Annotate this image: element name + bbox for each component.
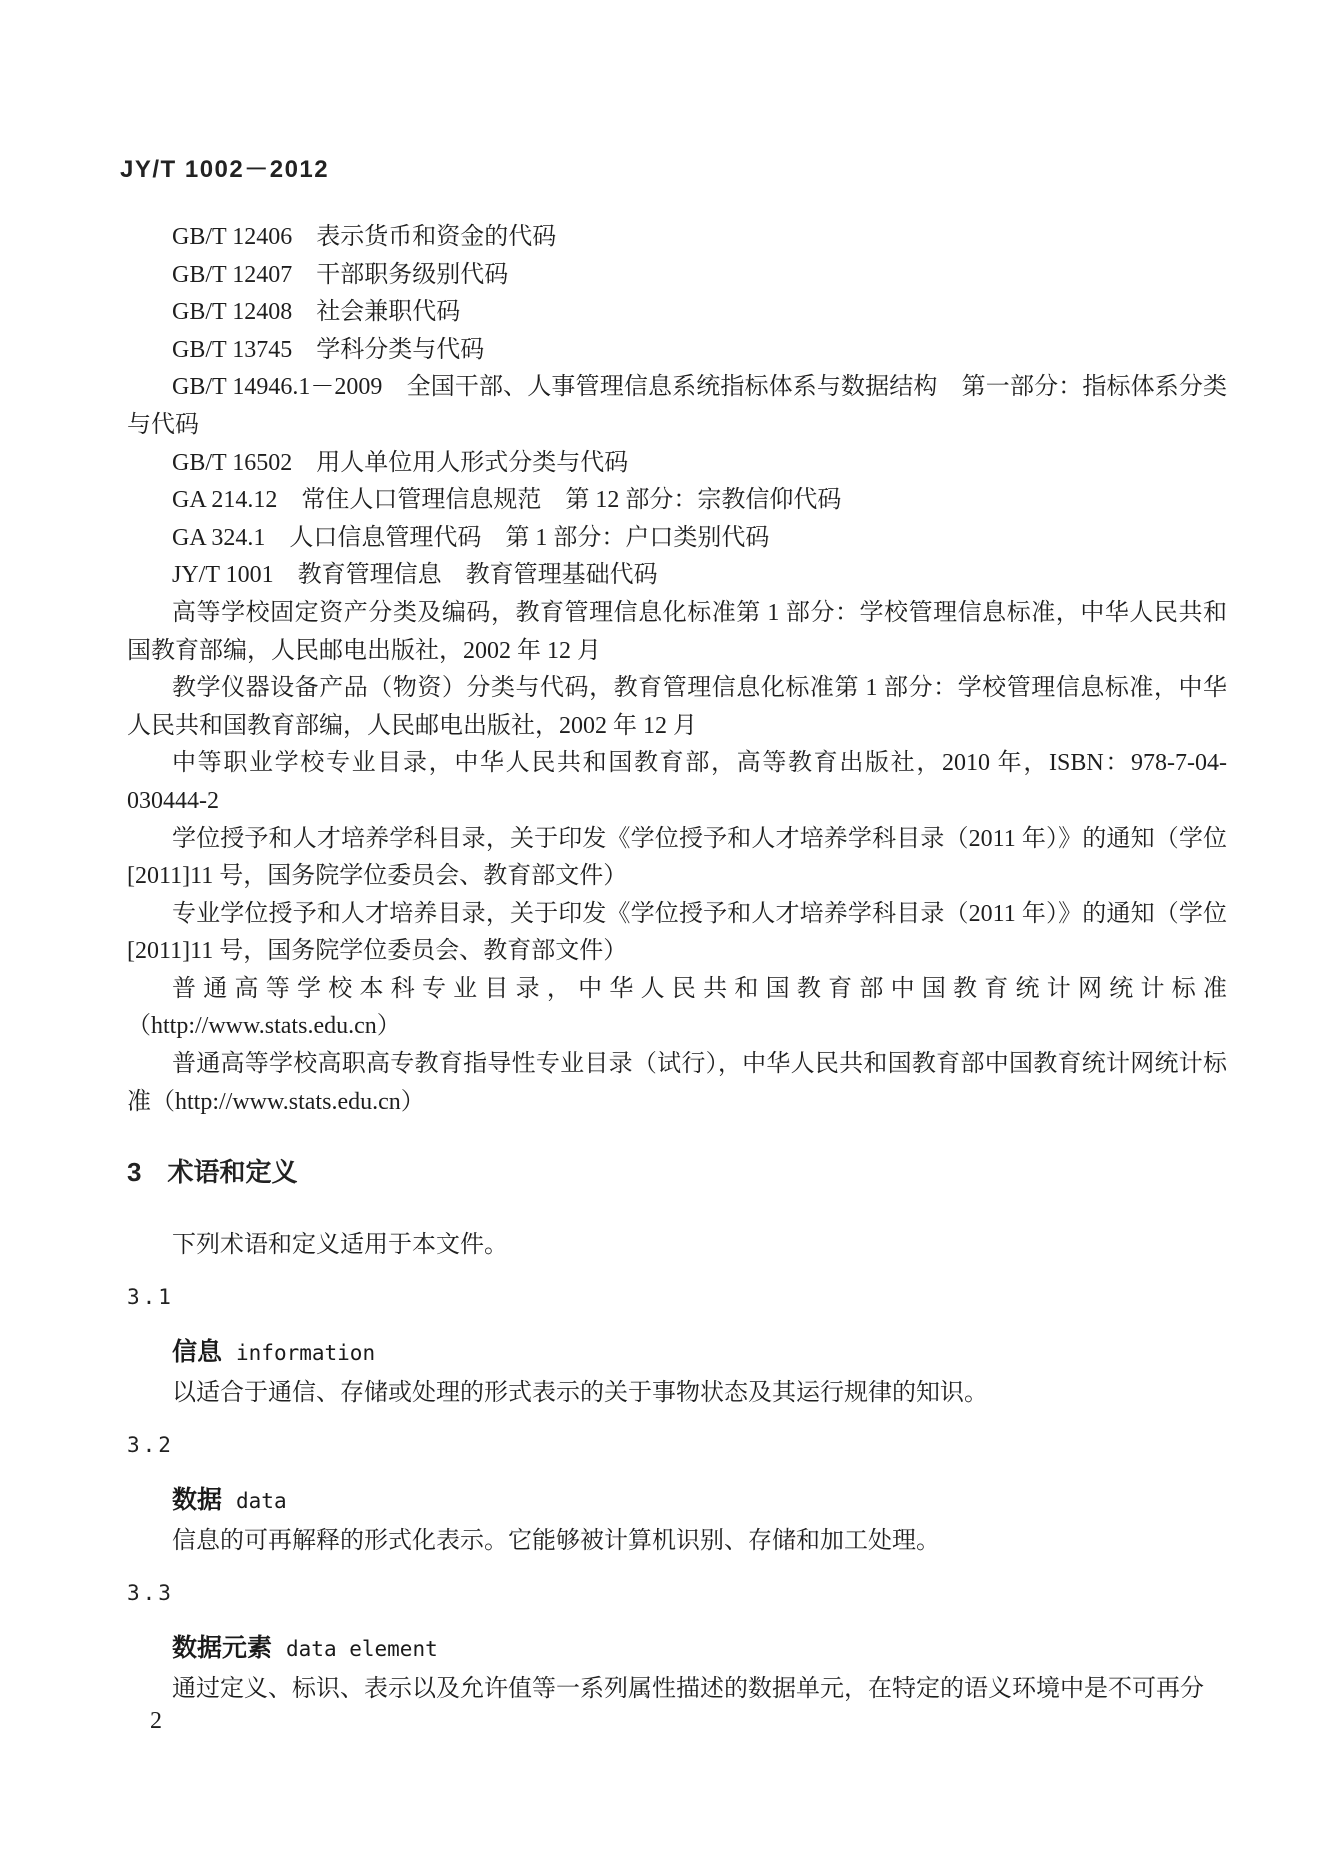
term-name-zh: 数据元素: [172, 1634, 272, 1662]
term-head: 数据data: [172, 1482, 1227, 1522]
reference-item: JY/T 1001 教育管理信息 教育管理基础代码: [127, 557, 1227, 595]
reference-item: 专业学位授予和人才培养目录，关于印发《学位授予和人才培养学科目录（2011 年）…: [127, 896, 1227, 971]
term-head: 数据元素data element: [172, 1630, 1227, 1670]
reference-item: GB/T 12406 表示货币和资金的代码: [127, 219, 1227, 257]
reference-item: GB/T 16502 用人单位用人形式分类与代码: [127, 445, 1227, 483]
term-name-zh: 信息: [172, 1338, 222, 1366]
term-block: 3.1 信息information 以适合于通信、存储或处理的形式表示的关于事物…: [127, 1278, 1227, 1412]
reference-item: 高等学校固定资产分类及编码，教育管理信息化标准第 1 部分：学校管理信息标准，中…: [127, 595, 1227, 670]
reference-item: GB/T 13745 学科分类与代码: [127, 332, 1227, 370]
term-name-zh: 数据: [172, 1486, 222, 1514]
page-number: 2: [150, 1708, 162, 1735]
term-id: 3.3: [127, 1574, 1227, 1612]
reference-item: 普通高等学校本科专业目录，中华人民共和国教育部中国教育统计网统计标准（http:…: [127, 971, 1227, 1046]
term-id: 3.2: [127, 1426, 1227, 1464]
term-head: 信息information: [172, 1334, 1227, 1374]
reference-item: 教学仪器设备产品（物资）分类与代码，教育管理信息化标准第 1 部分：学校管理信息…: [127, 670, 1227, 745]
reference-item: GB/T 14946.1－2009 全国干部、人事管理信息系统指标体系与数据结构…: [127, 369, 1227, 444]
term-definition: 信息的可再解释的形式化表示。它能够被计算机识别、存储和加工处理。: [127, 1522, 1227, 1560]
section-intro: 下列术语和定义适用于本文件。: [127, 1226, 1227, 1264]
term-definition: 以适合于通信、存储或处理的形式表示的关于事物状态及其运行规律的知识。: [127, 1374, 1227, 1412]
term-name-en: data element: [286, 1637, 438, 1661]
document-header: JY/T 1002－2012: [120, 149, 329, 184]
section-title: 术语和定义: [167, 1157, 297, 1187]
reference-item: 中等职业学校专业目录，中华人民共和国教育部，高等教育出版社，2010 年，ISB…: [127, 745, 1227, 820]
section-heading: 3术语和定义: [127, 1152, 1227, 1192]
term-block: 3.2 数据data 信息的可再解释的形式化表示。它能够被计算机识别、存储和加工…: [127, 1426, 1227, 1560]
terms-section: 3术语和定义 下列术语和定义适用于本文件。 3.1 信息information …: [127, 1152, 1227, 1708]
term-name-en: data: [236, 1489, 287, 1513]
reference-item: GB/T 12408 社会兼职代码: [127, 294, 1227, 332]
term-block: 3.3 数据元素data element 通过定义、标识、表示以及允许值等一系列…: [127, 1574, 1227, 1708]
reference-item: GB/T 12407 干部职务级别代码: [127, 257, 1227, 295]
document-page: JY/T 1002－2012 GB/T 12406 表示货币和资金的代码 GB/…: [0, 0, 1323, 1871]
term-id: 3.1: [127, 1278, 1227, 1316]
reference-list: GB/T 12406 表示货币和资金的代码 GB/T 12407 干部职务级别代…: [127, 219, 1227, 1121]
term-definition: 通过定义、标识、表示以及允许值等一系列属性描述的数据单元，在特定的语义环境中是不…: [127, 1670, 1227, 1708]
term-name-en: information: [236, 1341, 375, 1365]
reference-item: GA 324.1 人口信息管理代码 第 1 部分：户口类别代码: [127, 520, 1227, 558]
reference-item: 学位授予和人才培养学科目录，关于印发《学位授予和人才培养学科目录（2011 年）…: [127, 821, 1227, 896]
reference-item: 普通高等学校高职高专教育指导性专业目录（试行），中华人民共和国教育部中国教育统计…: [127, 1046, 1227, 1121]
section-number: 3: [127, 1157, 141, 1187]
reference-item: GA 214.12 常住人口管理信息规范 第 12 部分：宗教信仰代码: [127, 482, 1227, 520]
